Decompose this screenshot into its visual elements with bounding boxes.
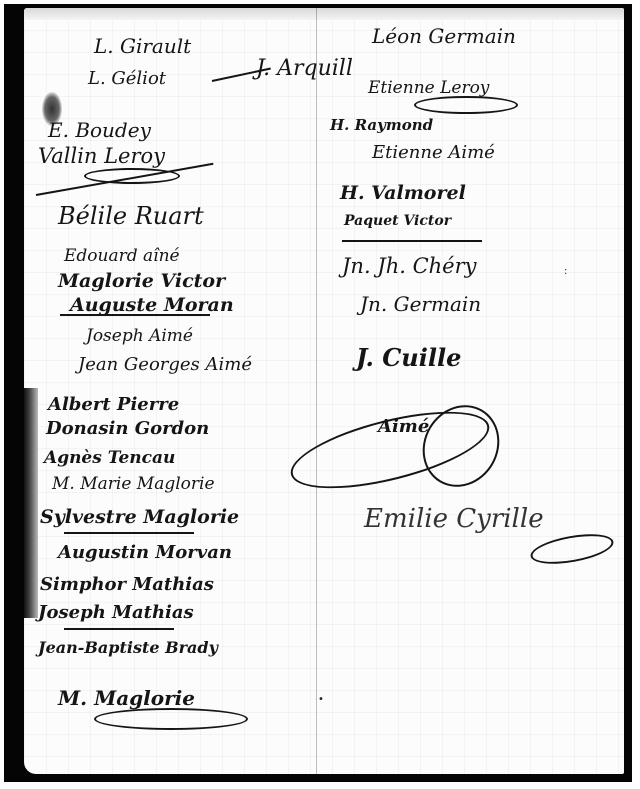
signature-left-3: Vallin Leroy [38, 146, 165, 167]
signature-left-9: Jean Georges Aimé [78, 356, 252, 374]
signature-right-0: Léon Germain [372, 26, 516, 46]
signature-right-10: Emilie Cyrille [364, 506, 544, 532]
stroke-line [342, 240, 482, 242]
signature-left-8: Joseph Aimé [86, 328, 193, 345]
signature-left-0: L. Girault [94, 36, 191, 56]
torn-left-edge [24, 388, 38, 618]
signature-right-5: Paquet Victor [344, 214, 451, 228]
signature-left-14: Sylvestre Maglorie [40, 508, 239, 527]
signature-left-16: Simphor Mathias [40, 576, 214, 594]
signature-right-7: Jn. Germain [360, 294, 481, 314]
signature-right-9: Aimé [378, 418, 429, 436]
signature-left-5: Edouard aîné [64, 248, 180, 265]
signature-right-6: Jn. Jh. Chéry [342, 256, 477, 277]
signature-right-4: H. Valmorel [340, 184, 466, 203]
signature-right-3: Etienne Aimé [372, 144, 495, 162]
signature-right-8: J. Cuille [356, 346, 461, 370]
document-page: L. Girault L. Géliot E. Boudey Vallin Le… [24, 8, 624, 774]
signature-left-11: Donasin Gordon [46, 420, 209, 438]
flourish [94, 708, 248, 730]
stroke-line [64, 532, 194, 534]
ink-dot: • [318, 694, 324, 705]
signature-left-19: M. Maglorie [58, 688, 195, 708]
signature-left-10: Albert Pierre [48, 396, 179, 414]
signature-left-13: M. Marie Maglorie [52, 476, 215, 493]
signature-right-2: H. Raymond [330, 118, 433, 133]
page-top-edge [24, 8, 624, 20]
signature-left-4: Bélile Ruart [58, 204, 204, 228]
page-fold-line [316, 8, 317, 774]
flourish [414, 96, 518, 114]
signature-left-1: L. Géliot [88, 70, 166, 88]
stroke-line [64, 628, 174, 630]
signature-right-1: Etienne Leroy [368, 80, 489, 97]
signature-left-2: E. Boudey [48, 120, 151, 140]
signature-left-17: Joseph Mathias [38, 604, 194, 622]
signature-center-0: J. Arquill [256, 58, 353, 80]
ink-dot: : [564, 266, 567, 277]
signature-left-7: Auguste Moran [70, 296, 234, 315]
signature-left-6: Maglorie Victor [58, 272, 225, 291]
signature-left-12: Agnès Tencau [44, 450, 175, 467]
signature-left-15: Augustin Morvan [58, 544, 232, 562]
signature-left-18: Jean-Baptiste Brady [38, 640, 218, 656]
